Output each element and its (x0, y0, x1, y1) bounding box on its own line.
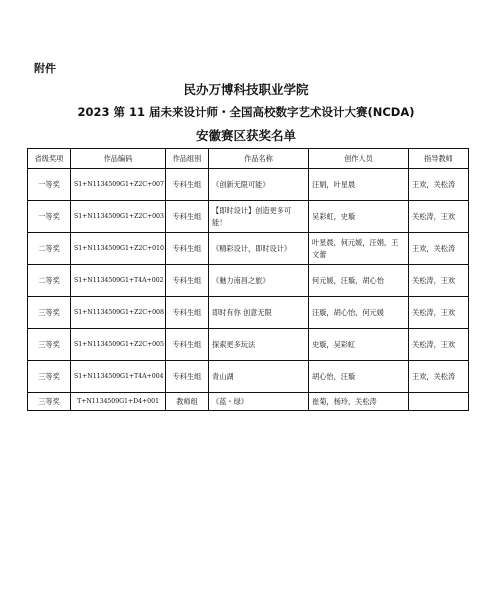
cell-advisors: 关松涛，王欢 (409, 329, 469, 361)
cell-code: S1+N1134509G1+Z2C+008 (71, 297, 166, 329)
cell-award: 三等奖 (28, 297, 71, 329)
cell-code: S1+N1134509G1+Z2C+003 (71, 201, 166, 233)
cell-advisors: 关松涛，王欢 (409, 297, 469, 329)
cell-group: 专科生组 (166, 201, 209, 233)
cell-award: 二等奖 (28, 233, 71, 265)
cell-code: S1+N1134509G1+Z2C+005 (71, 329, 166, 361)
table-row: 三等奖 T+N1134509G1+D4+001 教师组 《蓝・绿》 崔菊，杨玲，… (28, 393, 469, 411)
attachment-label: 附件 (34, 60, 56, 76)
cell-name: 【即时设计】创造更多可能！ (209, 201, 309, 233)
cell-code: S1+N1134509G1+Z2C+007 (71, 169, 166, 201)
cell-group: 专科生组 (166, 361, 209, 393)
cell-creators: 汪娟，叶星晨 (309, 169, 409, 201)
cell-award: 二等奖 (28, 265, 71, 297)
cell-award: 三等奖 (28, 393, 71, 411)
competition-title: 2023 第 11 届未来设计师・全国高校数字艺术设计大赛(NCDA) (0, 104, 492, 120)
table-row: 三等奖 S1+N1134509G1+Z2C+008 专科生组 即时有你 创意无限… (28, 297, 469, 329)
cell-group: 专科生组 (166, 233, 209, 265)
cell-name: 青山湖 (209, 361, 309, 393)
awards-table: 省级奖项 作品编码 作品组别 作品名称 创作人员 指导教师 一等奖 S1+N11… (27, 148, 469, 411)
cell-creators: 吴彩虹，史璇 (309, 201, 409, 233)
cell-name: 《魅力南昌之旅》 (209, 265, 309, 297)
header-creators: 创作人员 (309, 149, 409, 169)
cell-name: 《创新无限可能》 (209, 169, 309, 201)
cell-advisors: 关松涛，王欢 (409, 265, 469, 297)
cell-creators: 叶星晨，何元媛，汪娟，王文蕾 (309, 233, 409, 265)
cell-creators: 史璇，吴彩虹 (309, 329, 409, 361)
cell-award: 三等奖 (28, 361, 71, 393)
cell-advisors: 王欢，关松涛 (409, 361, 469, 393)
table-row: 二等奖 S1+N1134509G1+Z2C+010 专科生组 《精彩设计，即时设… (28, 233, 469, 265)
cell-name: 《蓝・绿》 (209, 393, 309, 411)
cell-advisors: 关松涛，王欢 (409, 201, 469, 233)
cell-group: 专科生组 (166, 169, 209, 201)
cell-creators: 汪璇，胡心怡，何元媛 (309, 297, 409, 329)
cell-advisors: 王欢，关松涛 (409, 233, 469, 265)
cell-advisors: 王欢，关松涛 (409, 169, 469, 201)
header-advisors: 指导教师 (409, 149, 469, 169)
table-row: 一等奖 S1+N1134509G1+Z2C+007 专科生组 《创新无限可能》 … (28, 169, 469, 201)
cell-creators: 何元媛，汪璇，胡心怡 (309, 265, 409, 297)
cell-award: 一等奖 (28, 169, 71, 201)
table-row: 三等奖 S1+N1134509G1+T4A+004 专科生组 青山湖 胡心怡，汪… (28, 361, 469, 393)
table-row: 二等奖 S1+N1134509G1+T4A+002 专科生组 《魅力南昌之旅》 … (28, 265, 469, 297)
cell-award: 三等奖 (28, 329, 71, 361)
cell-creators: 胡心怡，汪璇 (309, 361, 409, 393)
cell-name: 《精彩设计，即时设计》 (209, 233, 309, 265)
cell-code: T+N1134509G1+D4+001 (71, 393, 166, 411)
cell-code: S1+N1134509G1+T4A+002 (71, 265, 166, 297)
table-header-row: 省级奖项 作品编码 作品组别 作品名称 创作人员 指导教师 (28, 149, 469, 169)
cell-group: 专科生组 (166, 265, 209, 297)
cell-creators: 崔菊，杨玲，关松涛 (309, 393, 409, 411)
header-name: 作品名称 (209, 149, 309, 169)
header-award: 省级奖项 (28, 149, 71, 169)
table-row: 一等奖 S1+N1134509G1+Z2C+003 专科生组 【即时设计】创造更… (28, 201, 469, 233)
cell-advisors (409, 393, 469, 411)
list-title: 安徽赛区获奖名单 (0, 126, 492, 144)
cell-code: S1+N1134509G1+T4A+004 (71, 361, 166, 393)
cell-award: 一等奖 (28, 201, 71, 233)
table-row: 三等奖 S1+N1134509G1+Z2C+005 专科生组 探索更多玩法 史璇… (28, 329, 469, 361)
school-title: 民办万博科技职业学院 (0, 80, 492, 98)
cell-name: 探索更多玩法 (209, 329, 309, 361)
cell-group: 专科生组 (166, 329, 209, 361)
cell-name: 即时有你 创意无限 (209, 297, 309, 329)
cell-group: 教师组 (166, 393, 209, 411)
header-group: 作品组别 (166, 149, 209, 169)
cell-group: 专科生组 (166, 297, 209, 329)
cell-code: S1+N1134509G1+Z2C+010 (71, 233, 166, 265)
header-code: 作品编码 (71, 149, 166, 169)
